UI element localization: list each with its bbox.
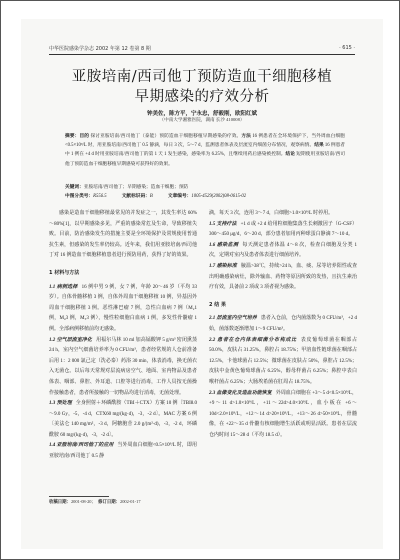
received-label: 收稿日期： xyxy=(49,499,71,504)
section-2-3: 2.3 血像变化及造血功能恢复外周血白细胞在 +3～5 d<0.5×10⁹/L，… xyxy=(209,389,357,442)
section-1-2-heading: 1.2 空气层流室净化 xyxy=(49,338,92,343)
keywords-label: 关键词： xyxy=(65,185,84,190)
abstract-label: 摘要： xyxy=(65,134,79,139)
section-1-2-text: 用福尔马林 10 ml 加高锰酸钾 5 g/m³ 密闭熏蒸 24 h，室内空气细… xyxy=(49,338,197,396)
affiliation: （中南大学湘雅医院，湖南 长沙 410008） xyxy=(49,117,355,123)
objective-label: 目的 xyxy=(79,134,89,139)
results-label: 结果 xyxy=(314,143,323,148)
clc-value: R556.5 xyxy=(93,194,106,199)
section-1-title: 1 材料与方法 xyxy=(49,268,197,279)
doc-code-value: B xyxy=(150,194,153,199)
doc-code-label: 文献标识码： xyxy=(122,194,150,199)
section-1-3: 1.3 预处理全身照射＋环磷酰胺（TBI＋CTX）方案 10 例〔TBI8.0～… xyxy=(49,399,197,441)
section-1-3-text: 全身照射＋环磷酰胺（TBI＋CTX）方案 10 例〔TBI8.0～9.0 Gy，… xyxy=(49,401,197,438)
methods-label: 方法 xyxy=(241,134,251,139)
title-line-1: 亚胺培南/西司他丁预防造血干细胞移植 xyxy=(49,67,355,87)
page-number: · 615 · xyxy=(339,45,355,51)
keywords-text: 亚胺培南/西司他丁；早期感染；造血干细胞；预防 xyxy=(84,185,188,190)
footnote-rule xyxy=(49,496,109,497)
conclusion-label: 结论 xyxy=(286,152,296,157)
running-header: 中华医院感染学杂志 2002 年第 12 卷第 8 期 · 615 · xyxy=(49,45,355,52)
left-column: 感染是造血干细胞移植最常见的并发症之一，其发生率达 60%～80%[1]，以早期… xyxy=(49,209,197,463)
authors: 钟美佐，陈方平，宁永忠，舒毅刚，欧阳红斌 xyxy=(49,109,355,117)
section-1-5-heading: 1.5 支持疗法 xyxy=(209,222,237,227)
article-no-label: 文章编号： xyxy=(168,194,191,199)
section-1-7: 1.7 感染标准腋温>38℃，持续>24 h，血、痰、尿等培养阳性或查出明确感染… xyxy=(209,262,357,294)
revised-date: 2002-01-17 xyxy=(120,499,141,504)
section-2-1: 2.1 层流室内空气培养患者入仓前，仓内菌落数为 0 CFU/m³，+2 d 始… xyxy=(209,314,357,335)
section-1-4-continued: 滴，每天 3 次，连用 3～7 d，白细胞>1.0×10⁹/L 时停用。 xyxy=(209,209,357,220)
title-line-2: 早期感染的疗效分析 xyxy=(49,87,355,107)
clc-label: 中图分类号： xyxy=(65,194,93,199)
classification-line: 中图分类号：R556.5 文献标识码：B 文章编号：1005-4529(2002… xyxy=(65,193,345,199)
received-date: 2001-08-20 xyxy=(71,499,92,504)
section-2-3-text: 外周血白细胞在 +3～5 d<0.5×10⁹/L，+9～11 d>1.0×10⁹… xyxy=(209,391,357,438)
section-2-3-heading: 2.3 血像变化及造血功能恢复 xyxy=(209,391,272,396)
section-1-7-heading: 1.7 感染标准 xyxy=(209,264,237,269)
section-1-1: 1.1 病例选择16 例中男 9 例，女 7 例，年龄 20～46 岁（平均 3… xyxy=(49,283,197,336)
section-1-4-heading: 1.4 亚胺培南/西司他丁的应用 xyxy=(49,443,113,448)
right-column: 滴，每天 3 次，连用 3～7 d，白细胞>1.0×10⁹/L 时停用。 1.5… xyxy=(209,209,357,441)
section-2-1-heading: 2.1 层流室内空气培养 xyxy=(209,316,257,321)
article-no-value: 1005-4529(2002)08-0615-02 xyxy=(191,194,246,199)
keywords: 关键词：亚胺培南/西司他丁；早期感染；造血干细胞；预防 xyxy=(65,184,345,190)
introduction: 感染是造血干细胞移植最常见的并发症之一，其发生率达 60%～80%[1]，以早期… xyxy=(49,209,197,262)
objective-text: 探讨亚胺培南/西司他丁（泰能）预防造血干细胞移植早期感染的疗效。 xyxy=(90,134,241,139)
section-1-5: 1.5 支持疗法+1 d 或 +2 d 给用粒细胞集落生长刺激因子（G-CSF）… xyxy=(209,220,357,241)
footnote-dates: 收稿日期：2001-08-20； 修订日期：2002-01-17 xyxy=(49,499,249,505)
section-2-2-text: 表皮葡萄球菌在咽部占 50.0%，皮肤占 31.25%，鼻腔占 18.75%；甲… xyxy=(209,338,357,385)
section-2-2: 2.2 患者在仓内体表细菌分布构成比表皮葡萄球菌在咽部占 50.0%，皮肤占 3… xyxy=(209,336,357,389)
section-1-2: 1.2 空气层流室净化用福尔马林 10 ml 加高锰酸钾 5 g/m³ 密闭熏蒸… xyxy=(49,336,197,400)
section-1-4: 1.4 亚胺培南/西司他丁的应用当外周血白细胞<0.5×10⁹/L 时，即用亚胺… xyxy=(49,441,197,462)
section-2-title: 2 结 果 xyxy=(209,300,357,311)
article-title: 亚胺培南/西司他丁预防造血干细胞移植 早期感染的疗效分析 xyxy=(49,67,355,107)
section-1-6-heading: 1.6 感染监测 xyxy=(209,243,238,248)
journal-name: 中华医院感染学杂志 2002 年第 12 卷第 8 期 xyxy=(49,46,151,52)
section-2-2-heading: 2.2 患者在仓内体表细菌分布构成比 xyxy=(209,338,297,343)
header-rule xyxy=(49,54,355,55)
section-1-3-heading: 1.3 预处理 xyxy=(49,401,72,406)
section-1-6: 1.6 感染监测每天测定患者体温 4～8 次，检查白细胞及分类 1 次，定期对室… xyxy=(209,241,357,262)
section-1-1-text: 16 例中男 9 例，女 7 例，年龄 20～46 岁（平均 33 岁）。自体骨… xyxy=(49,285,197,332)
section-1-1-heading: 1.1 病例选择 xyxy=(49,285,78,290)
document-frame: 中华医院感染学杂志 2002 年第 12 卷第 8 期 · 615 · 亚胺培南… xyxy=(0,0,400,560)
revised-label: 修订日期： xyxy=(98,499,120,504)
abstract: 摘要：目的 探讨亚胺培南/西司他丁（泰能）预防造血干细胞移植早期感染的疗效。方法… xyxy=(65,132,345,169)
